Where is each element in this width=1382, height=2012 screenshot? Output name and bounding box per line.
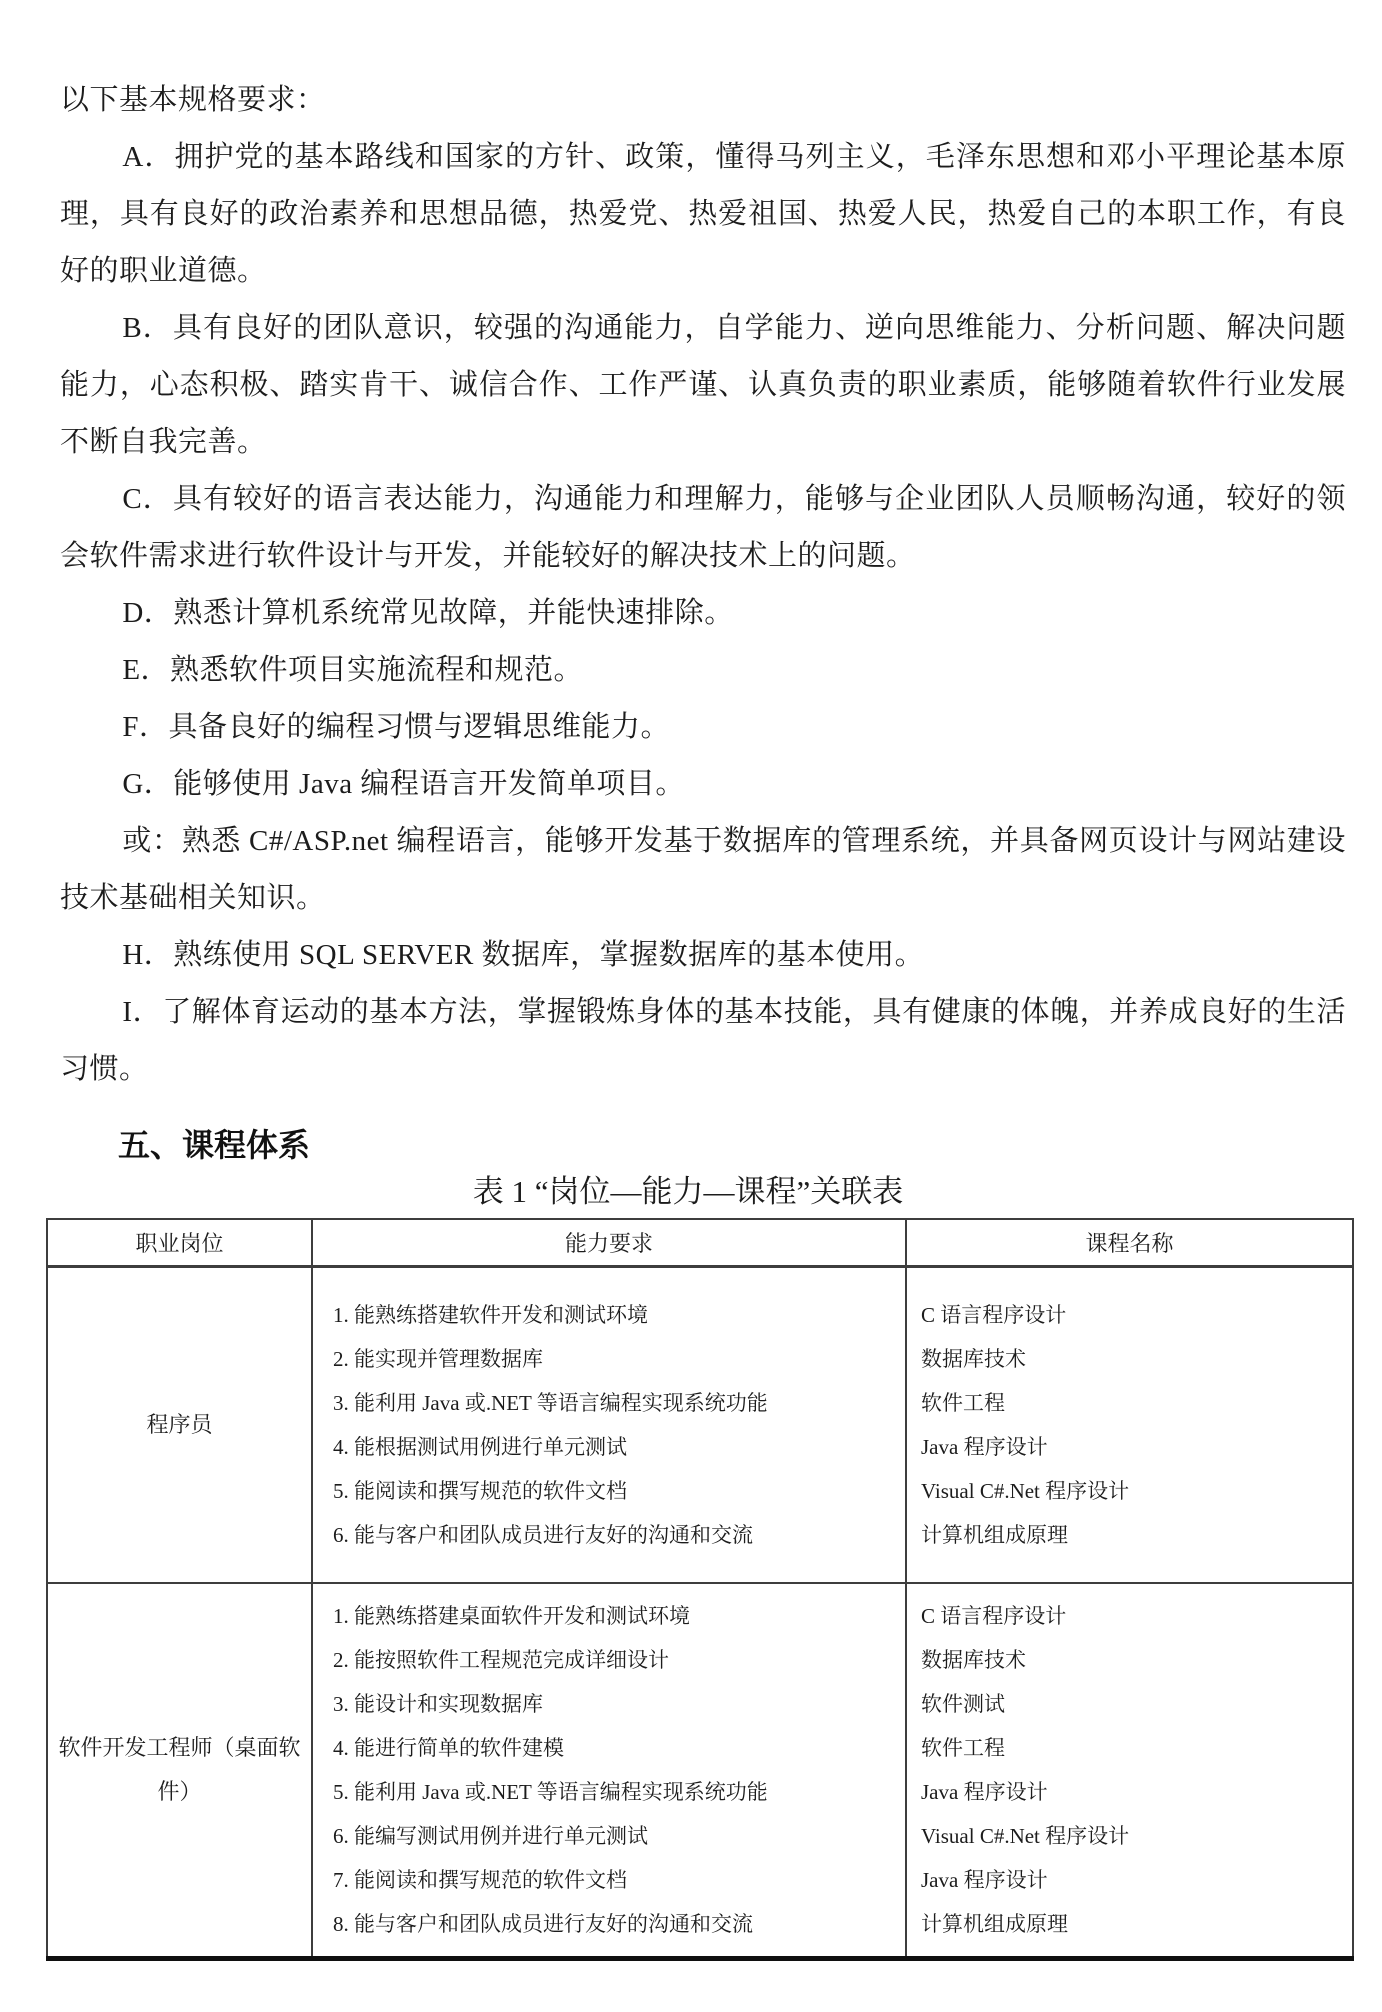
ability-item: 4. 能进行简单的软件建模 (333, 1726, 895, 1770)
ability-item: 3. 能利用 Java 或.NET 等语言编程实现系统功能 (333, 1381, 895, 1425)
position-ability-course-table: 职业岗位 能力要求 课程名称 程序员 1. 能熟练搭建软件开发和测试环境 2. … (46, 1218, 1354, 1961)
table-row-programmer: 程序员 1. 能熟练搭建软件开发和测试环境 2. 能实现并管理数据库 3. 能利… (47, 1267, 1353, 1584)
course-item: Java 程序设计 (921, 1858, 1342, 1902)
paragraph-i: I．了解体育运动的基本方法，掌握锻炼身体的基本技能，具有健康的体魄，并养成良好的… (60, 984, 1346, 1098)
paragraph-e: E．熟悉软件项目实施流程和规范。 (60, 642, 1346, 699)
table-caption: 表 1 “岗位—能力—课程”关联表 (60, 1170, 1316, 1214)
table-header-row: 职业岗位 能力要求 课程名称 (47, 1219, 1353, 1267)
paragraph-c: C．具有较好的语言表达能力，沟通能力和理解力，能够与企业团队人员顺畅沟通，较好的… (60, 471, 1346, 585)
courses-cell: C 语言程序设计 数据库技术 软件工程 Java 程序设计 Visual C#.… (906, 1267, 1353, 1584)
position-cell: 软件开发工程师（桌面软件） (47, 1583, 312, 1959)
ability-item: 2. 能按照软件工程规范完成详细设计 (333, 1638, 895, 1682)
paragraph-f: F．具备良好的编程习惯与逻辑思维能力。 (60, 699, 1346, 756)
ability-item: 4. 能根据测试用例进行单元测试 (333, 1425, 895, 1469)
paragraph-b: B．具有良好的团队意识，较强的沟通能力，自学能力、逆向思维能力、分析问题、解决问… (60, 300, 1346, 471)
course-item: 软件工程 (921, 1726, 1342, 1770)
courses-cell: C 语言程序设计 数据库技术 软件测试 软件工程 Java 程序设计 Visua… (906, 1583, 1353, 1959)
column-header-ability: 能力要求 (312, 1219, 906, 1267)
ability-item: 6. 能与客户和团队成员进行友好的沟通和交流 (333, 1513, 895, 1557)
ability-item: 2. 能实现并管理数据库 (333, 1337, 895, 1381)
position-cell: 程序员 (47, 1267, 312, 1584)
paragraph-d: D．熟悉计算机系统常见故障，并能快速排除。 (60, 585, 1346, 642)
paragraph-g: G．能够使用 Java 编程语言开发简单项目。 (60, 756, 1346, 813)
abilities-cell: 1. 能熟练搭建桌面软件开发和测试环境 2. 能按照软件工程规范完成详细设计 3… (312, 1583, 906, 1959)
course-item: 计算机组成原理 (921, 1513, 1342, 1557)
ability-item: 1. 能熟练搭建桌面软件开发和测试环境 (333, 1594, 895, 1638)
course-item: Visual C#.Net 程序设计 (921, 1814, 1342, 1858)
course-item: 计算机组成原理 (921, 1902, 1342, 1946)
abilities-cell: 1. 能熟练搭建软件开发和测试环境 2. 能实现并管理数据库 3. 能利用 Ja… (312, 1267, 906, 1584)
document-page: 以下基本规格要求： A．拥护党的基本路线和国家的方针、政策，懂得马列主义，毛泽东… (0, 0, 1382, 2012)
paragraph-or: 或：熟悉 C#/ASP.net 编程语言，能够开发基于数据库的管理系统，并具备网… (60, 813, 1346, 927)
ability-item: 6. 能编写测试用例并进行单元测试 (333, 1814, 895, 1858)
course-item: 数据库技术 (921, 1638, 1342, 1682)
paragraph-intro: 以下基本规格要求： (60, 72, 1346, 129)
course-item: C 语言程序设计 (921, 1594, 1342, 1638)
column-header-position: 职业岗位 (47, 1219, 312, 1267)
course-item: Java 程序设计 (921, 1770, 1342, 1814)
ability-item: 3. 能设计和实现数据库 (333, 1682, 895, 1726)
course-item: C 语言程序设计 (921, 1293, 1342, 1337)
ability-item: 5. 能利用 Java 或.NET 等语言编程实现系统功能 (333, 1770, 895, 1814)
paragraph-h: H．熟练使用 SQL SERVER 数据库，掌握数据库的基本使用。 (60, 927, 1346, 984)
ability-item: 8. 能与客户和团队成员进行友好的沟通和交流 (333, 1902, 895, 1946)
table-row-software-engineer: 软件开发工程师（桌面软件） 1. 能熟练搭建桌面软件开发和测试环境 2. 能按照… (47, 1583, 1353, 1959)
course-item: 软件测试 (921, 1682, 1342, 1726)
paragraph-a: A．拥护党的基本路线和国家的方针、政策，懂得马列主义，毛泽东思想和邓小平理论基本… (60, 129, 1346, 300)
ability-item: 1. 能熟练搭建软件开发和测试环境 (333, 1293, 895, 1337)
column-header-course: 课程名称 (906, 1219, 1353, 1267)
ability-item: 5. 能阅读和撰写规范的软件文档 (333, 1469, 895, 1513)
section-heading-curriculum: 五、课程体系 (118, 1122, 1346, 1168)
course-item: 软件工程 (921, 1381, 1342, 1425)
course-item: Java 程序设计 (921, 1425, 1342, 1469)
ability-item: 7. 能阅读和撰写规范的软件文档 (333, 1858, 895, 1902)
course-item: Visual C#.Net 程序设计 (921, 1469, 1342, 1513)
course-item: 数据库技术 (921, 1337, 1342, 1381)
